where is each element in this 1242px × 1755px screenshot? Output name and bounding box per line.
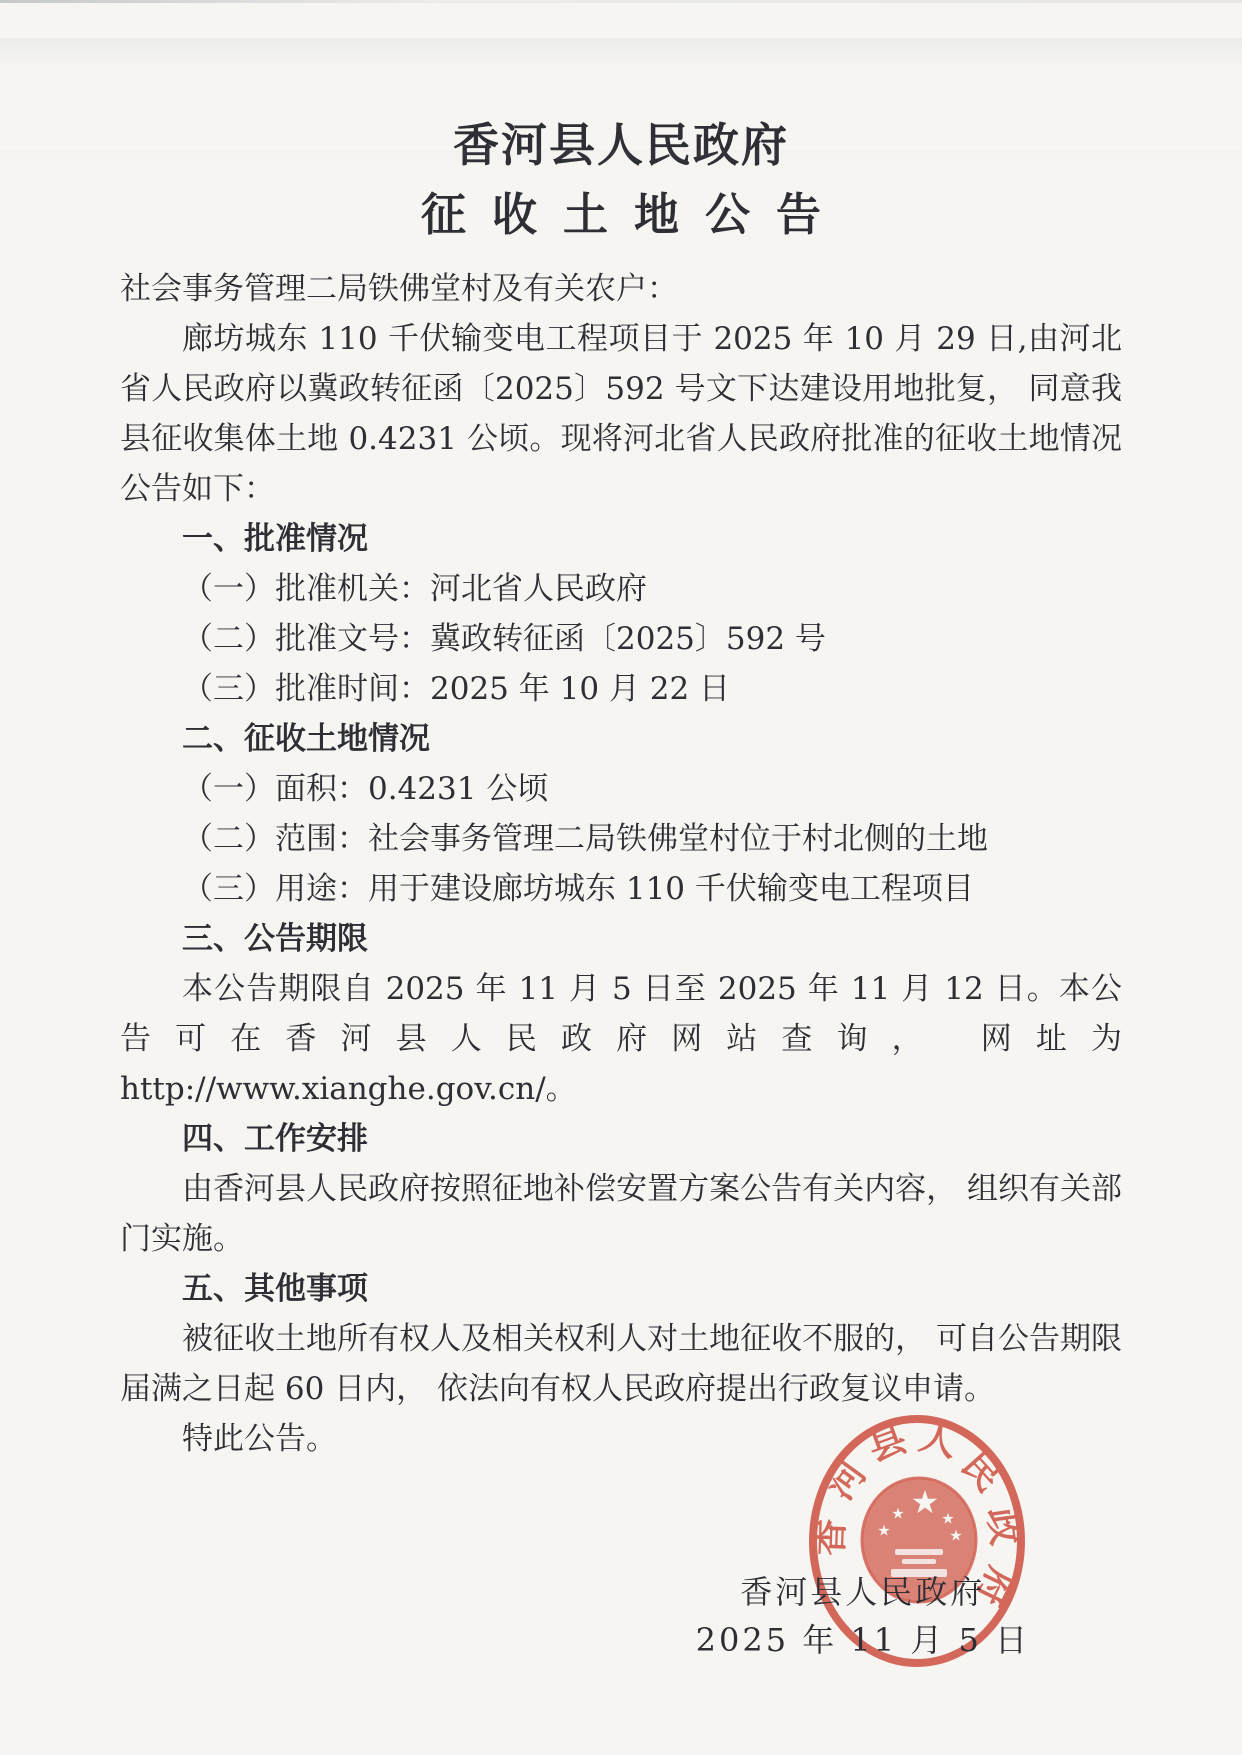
section-1-item-3: （三）批准时间：2025 年 10 月 22 日 xyxy=(120,664,1122,714)
emblem-small-star-icon: ★ xyxy=(877,1522,890,1540)
section-4-heading: 四、工作安排 xyxy=(120,1114,1122,1164)
section-5-paragraph: 被征收土地所有权人及相关权利人对土地征收不服的， 可自公告期限届满之日起 60 … xyxy=(120,1314,1122,1414)
document-title: 征收土地公告 xyxy=(0,180,1242,250)
seal-character: 河 xyxy=(818,1452,875,1508)
section-2-item-1: （一）面积：0.4231 公顷 xyxy=(120,764,1122,814)
section-2-item-2: （二）范围：社会事务管理二局铁佛堂村位于村北侧的土地 xyxy=(120,814,1122,864)
emblem-small-star-icon: ★ xyxy=(891,1505,904,1523)
section-2-item-3: （三）用途：用于建设廊坊城东 110 千伏输变电工程项目 xyxy=(120,864,1122,914)
scan-artifact-band-2 xyxy=(0,150,1242,164)
section-1-item-1: （一）批准机关：河北省人民政府 xyxy=(120,564,1122,614)
signature-block: 香河县人民政府 2025 年 11 月 5 日 xyxy=(696,1568,1030,1664)
section-1-heading: 一、批准情况 xyxy=(120,514,1122,564)
section-3-paragraph: 本公告期限自 2025 年 11 月 5 日至 2025 年 11 月 12 日… xyxy=(120,964,1122,1114)
emblem-small-star-icon: ★ xyxy=(949,1527,962,1545)
section-3-heading: 三、公告期限 xyxy=(120,914,1122,964)
scan-artifact-band xyxy=(0,38,1242,68)
seal-character: 香 xyxy=(807,1518,852,1557)
section-4-paragraph: 由香河县人民政府按照征地补偿安置方案公告有关内容， 组织有关部门实施。 xyxy=(120,1164,1122,1264)
section-1-item-2: （二）批准文号：冀政转征函〔2025〕592 号 xyxy=(120,614,1122,664)
seal-character: 政 xyxy=(979,1505,1028,1548)
greeting-line: 社会事务管理二局铁佛堂村及有关农户： xyxy=(120,264,1122,314)
intro-paragraph: 廊坊城东 110 千伏输变电工程项目于 2025 年 10 月 29 日,由河北… xyxy=(120,314,1122,514)
emblem-big-star-icon: ★ xyxy=(911,1483,940,1521)
seal-character: 民 xyxy=(953,1443,1010,1500)
government-title: 香河县人民政府 xyxy=(0,110,1242,180)
section-5-heading: 五、其他事项 xyxy=(120,1264,1122,1314)
signature-date: 2025 年 11 月 5 日 xyxy=(696,1616,1030,1664)
scan-artifact-top-edge xyxy=(0,0,1242,3)
signature-org: 香河县人民政府 xyxy=(696,1568,1030,1616)
section-2-heading: 二、征收土地情况 xyxy=(120,714,1122,764)
announcement-page: 香河县人民政府 征收土地公告 社会事务管理二局铁佛堂村及有关农户： 廊坊城东 1… xyxy=(0,0,1242,1755)
emblem-small-star-icon: ★ xyxy=(941,1510,954,1528)
